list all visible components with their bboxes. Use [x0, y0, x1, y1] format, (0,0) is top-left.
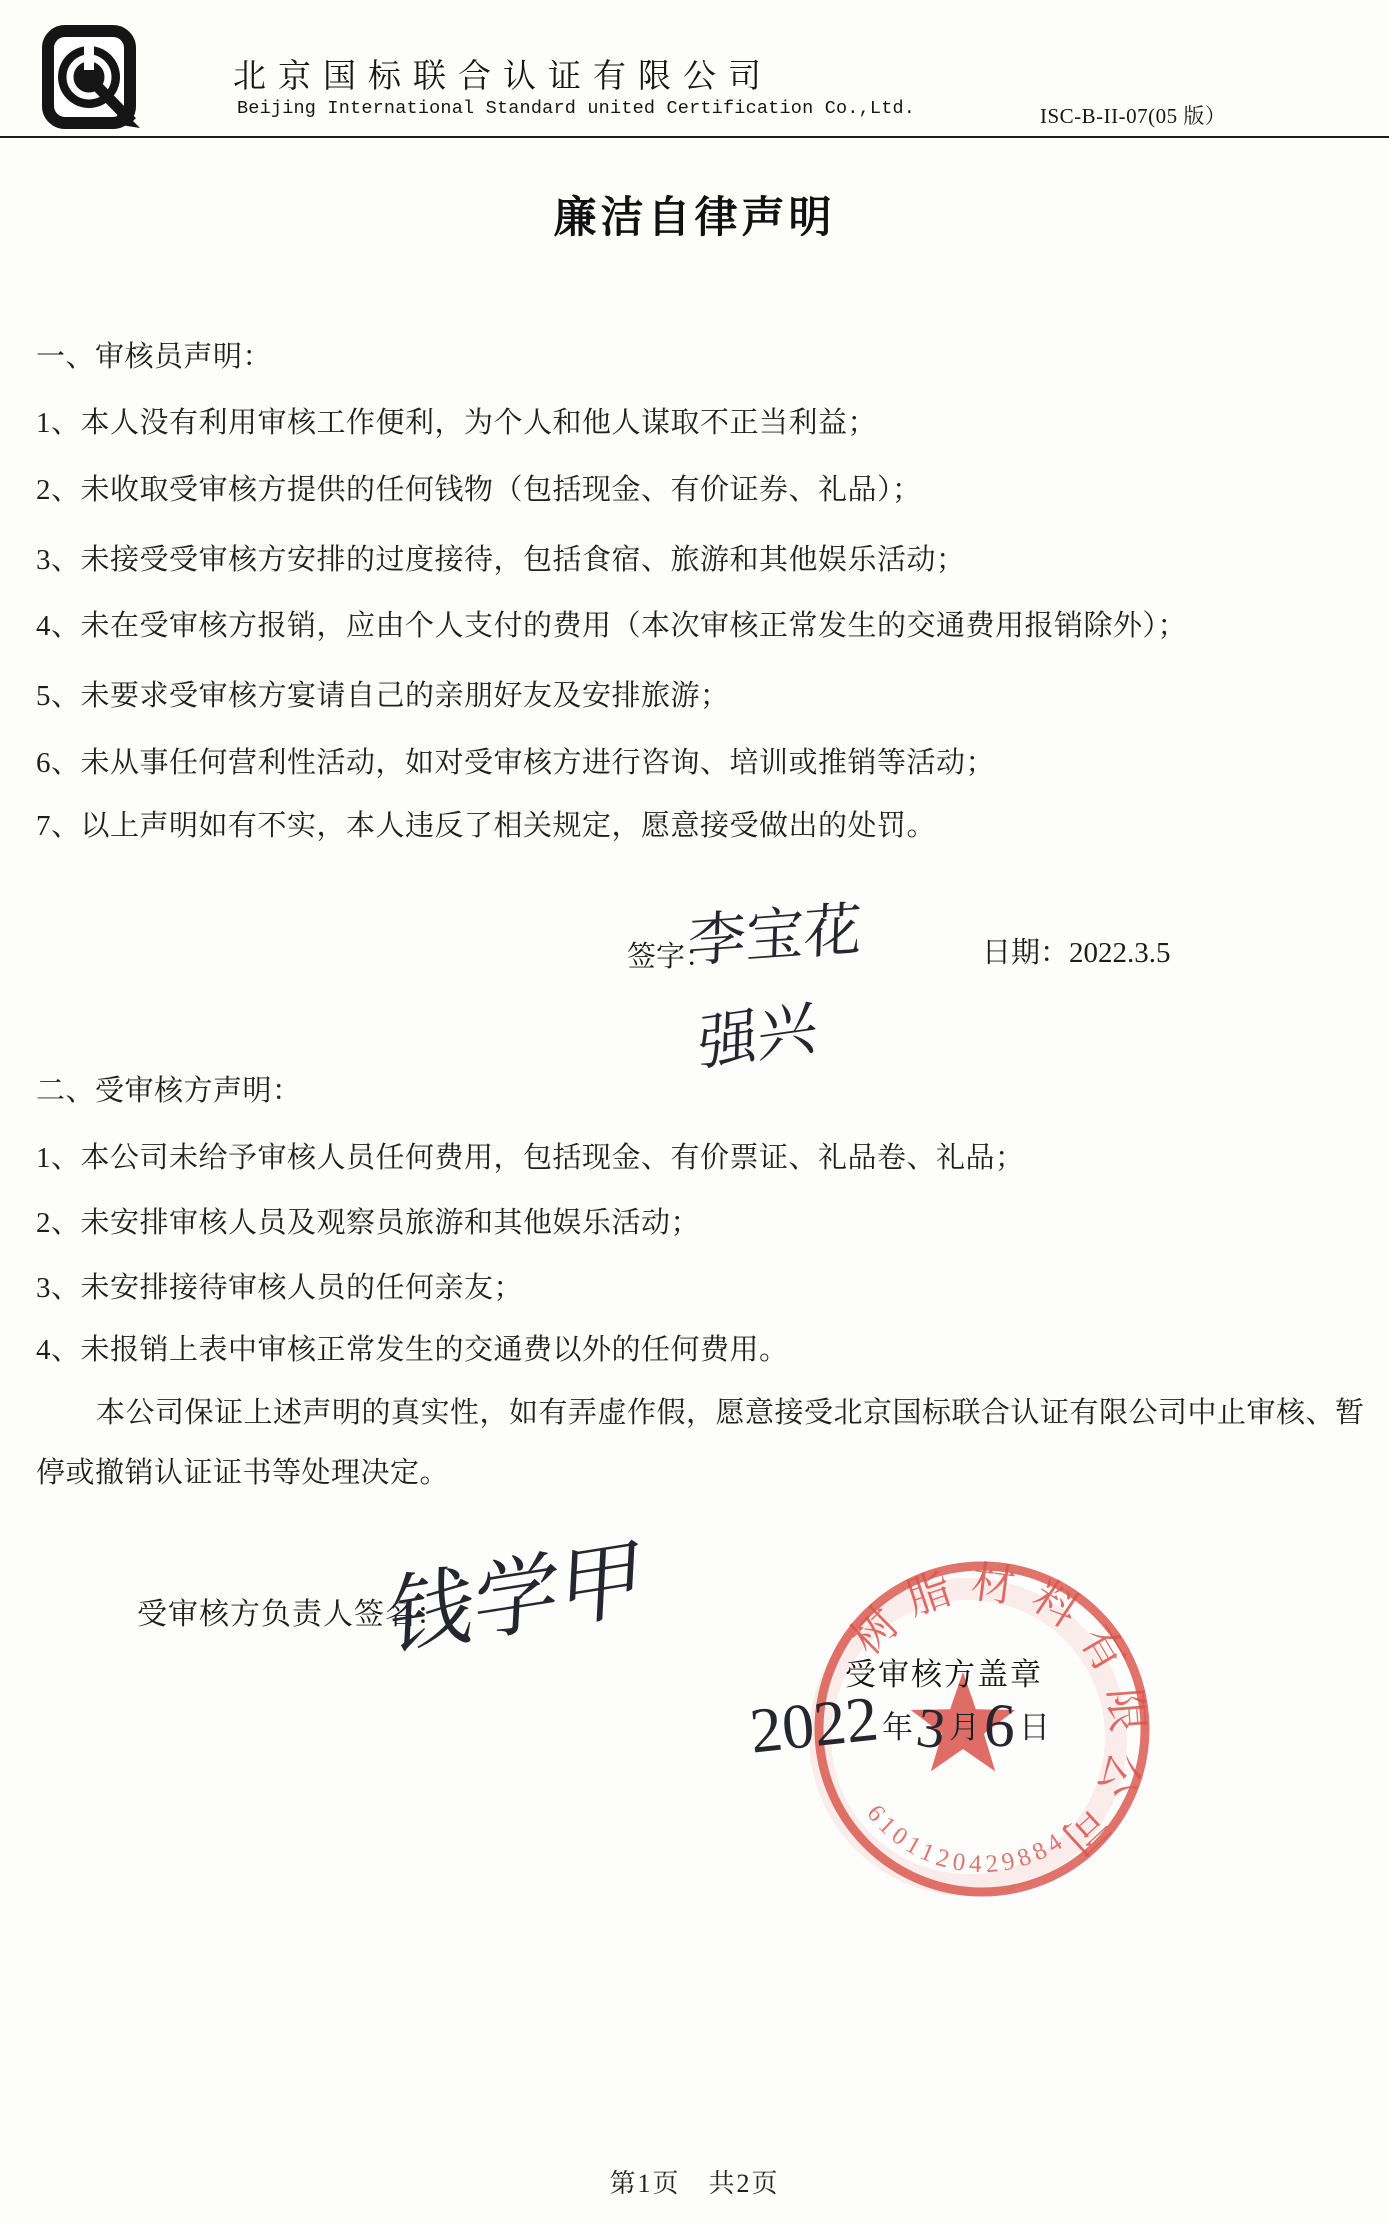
auditor-section-heading: 一、审核员声明：: [36, 334, 272, 375]
auditee-item: 3、未安排接待审核人员的任何亲友；: [36, 1265, 523, 1306]
auditee-section-heading: 二、受审核方声明：: [36, 1068, 302, 1109]
seal-caption: 受审核方盖章: [845, 1649, 1043, 1694]
document-code: ISC-B-II-07(05 版）: [1040, 100, 1226, 130]
auditor-item: 1、本人没有利用审核工作便利，为个人和他人谋取不正当利益；: [36, 400, 877, 441]
page-title: 廉洁自律声明: [0, 184, 1389, 245]
seal-date-day: 6: [982, 1694, 1016, 1758]
company-name-cn: 北京国标联合认证有限公司: [233, 50, 773, 97]
seal-date-year: 2022: [747, 1686, 881, 1763]
auditor-signature-2: 强兴: [697, 979, 819, 1083]
seal-date-year-char: 年: [878, 1702, 917, 1757]
company-name-en: Beijing International Standard united Ce…: [237, 98, 915, 119]
closing-paragraph-line: 停或撤销认证证书等处理决定。: [36, 1450, 449, 1491]
auditor-item: 2、未收取受审核方提供的任何钱物（包括现金、有价证券、礼品）；: [36, 467, 922, 508]
page-number: 第1页 共2页: [0, 2163, 1389, 2200]
auditor-item: 4、未在受审核方报销，应由个人支付的费用（本次审核正常发生的交通费用报销除外）；: [36, 603, 1187, 644]
header-divider: [0, 136, 1389, 138]
auditor-item: 7、以上声明如有不实，本人违反了相关规定，愿意接受做出的处罚。: [36, 803, 936, 844]
date-value: 2022.3.5: [1069, 937, 1171, 969]
auditor-item: 3、未接受受审核方安排的过度接待，包括食宿、旅游和其他娱乐活动；: [36, 537, 966, 578]
auditor-signature-1: 李宝花: [687, 882, 864, 979]
auditee-item: 4、未报销上表中审核正常发生的交通费以外的任何费用。: [36, 1327, 789, 1368]
seal-date: 2022 年 3 月 6 日: [750, 1693, 1054, 1757]
auditee-item: 2、未安排审核人员及观察员旅游和其他娱乐活动；: [36, 1200, 700, 1241]
auditee-item: 1、本公司未给予审核人员任何费用，包括现金、有价票证、礼品卷、礼品；: [36, 1135, 1025, 1176]
auditor-item: 6、未从事任何营利性活动，如对受审核方进行咨询、培训或推销等活动；: [36, 740, 995, 781]
closing-paragraph-line: 本公司保证上述声明的真实性，如有弄虚作假，愿意接受北京国标联合认证有限公司中止审…: [96, 1390, 1365, 1431]
auditor-item: 5、未要求受审核方宴请自己的亲朋好友及安排旅游；: [36, 673, 730, 714]
document-page: 北京国标联合认证有限公司 Beijing International Stand…: [0, 0, 1389, 2224]
seal-date-month: 3: [913, 1699, 949, 1758]
date-label: 日期：: [982, 937, 1069, 969]
auditor-sign-date: 日期：2022.3.5: [982, 930, 1171, 971]
auditee-signature: 钱学甲: [386, 1507, 647, 1674]
company-logo-icon: [40, 24, 144, 130]
seal-date-day-char: 日: [1015, 1702, 1054, 1757]
seal-date-month-char: 月: [945, 1702, 984, 1757]
